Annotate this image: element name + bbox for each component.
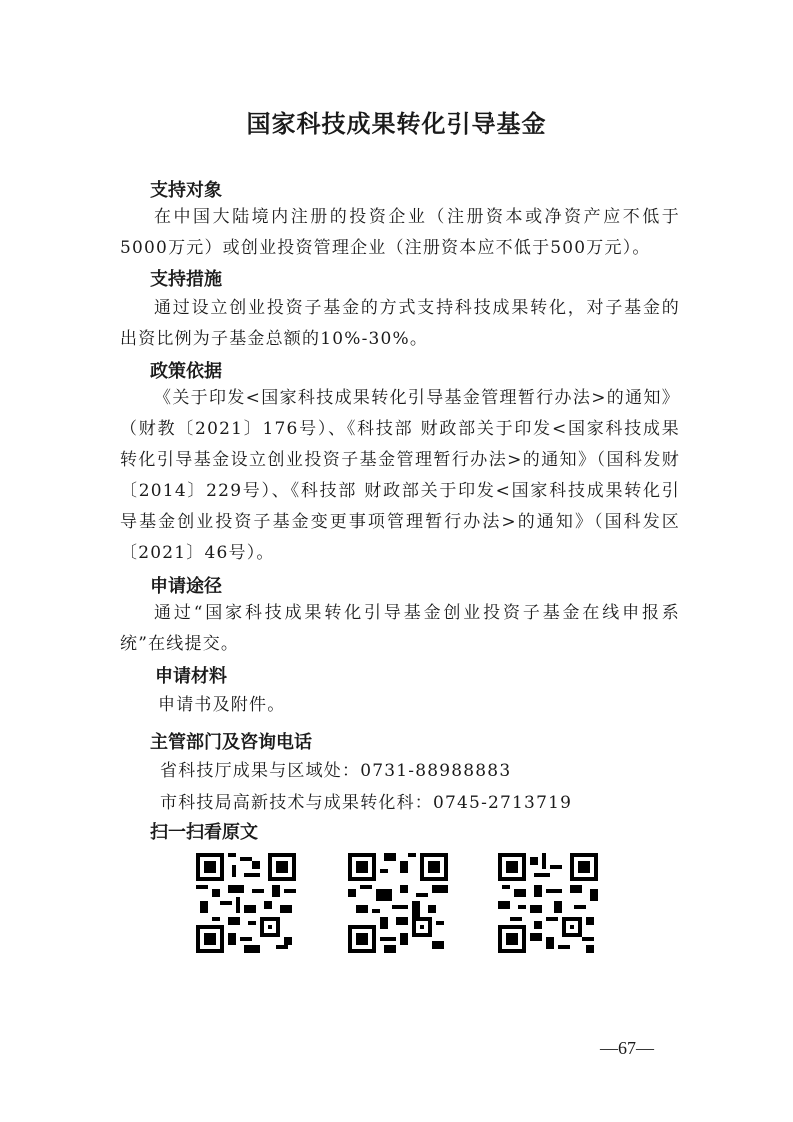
section-heading-contacts: 主管部门及咨询电话 [150, 728, 312, 754]
section-body-policy-basis: 《关于印发<国家科技成果转化引导基金管理暂行办法>的通知》（财教〔2021〕17… [120, 383, 680, 569]
section-heading-scan-original: 扫一扫看原文 [150, 818, 258, 844]
document-title: 国家科技成果转化引导基金 [0, 104, 793, 139]
qr-code-1 [196, 853, 296, 953]
section-body-application-materials: 申请书及附件。 [158, 690, 285, 715]
section-body-support-targets: 在中国大陆境内注册的投资企业（注册资本或净资产应不低于5000万元）或创业投资管… [120, 202, 680, 264]
qr-code-row [196, 853, 606, 953]
section-heading-support-targets: 支持对象 [150, 176, 222, 202]
page-number: —67— [600, 1038, 654, 1059]
section-heading-application-channel: 申请途径 [150, 572, 222, 598]
section-body-support-measures: 通过设立创业投资子基金的方式支持科技成果转化，对子基金的出资比例为子基金总额的1… [120, 293, 680, 355]
qr-code-3 [498, 853, 598, 953]
contact-provincial: 省科技厅成果与区域处：0731-88988883 [160, 756, 511, 781]
section-body-application-channel: 通过“国家科技成果转化引导基金创业投资子基金在线申报系统”在线提交。 [120, 598, 680, 660]
section-heading-support-measures: 支持措施 [150, 265, 222, 291]
qr-code-2 [348, 853, 448, 953]
section-heading-policy-basis: 政策依据 [150, 357, 222, 383]
section-heading-application-materials: 申请材料 [155, 662, 227, 688]
contact-municipal: 市科技局高新技术与成果转化科：0745-2713719 [160, 788, 572, 813]
